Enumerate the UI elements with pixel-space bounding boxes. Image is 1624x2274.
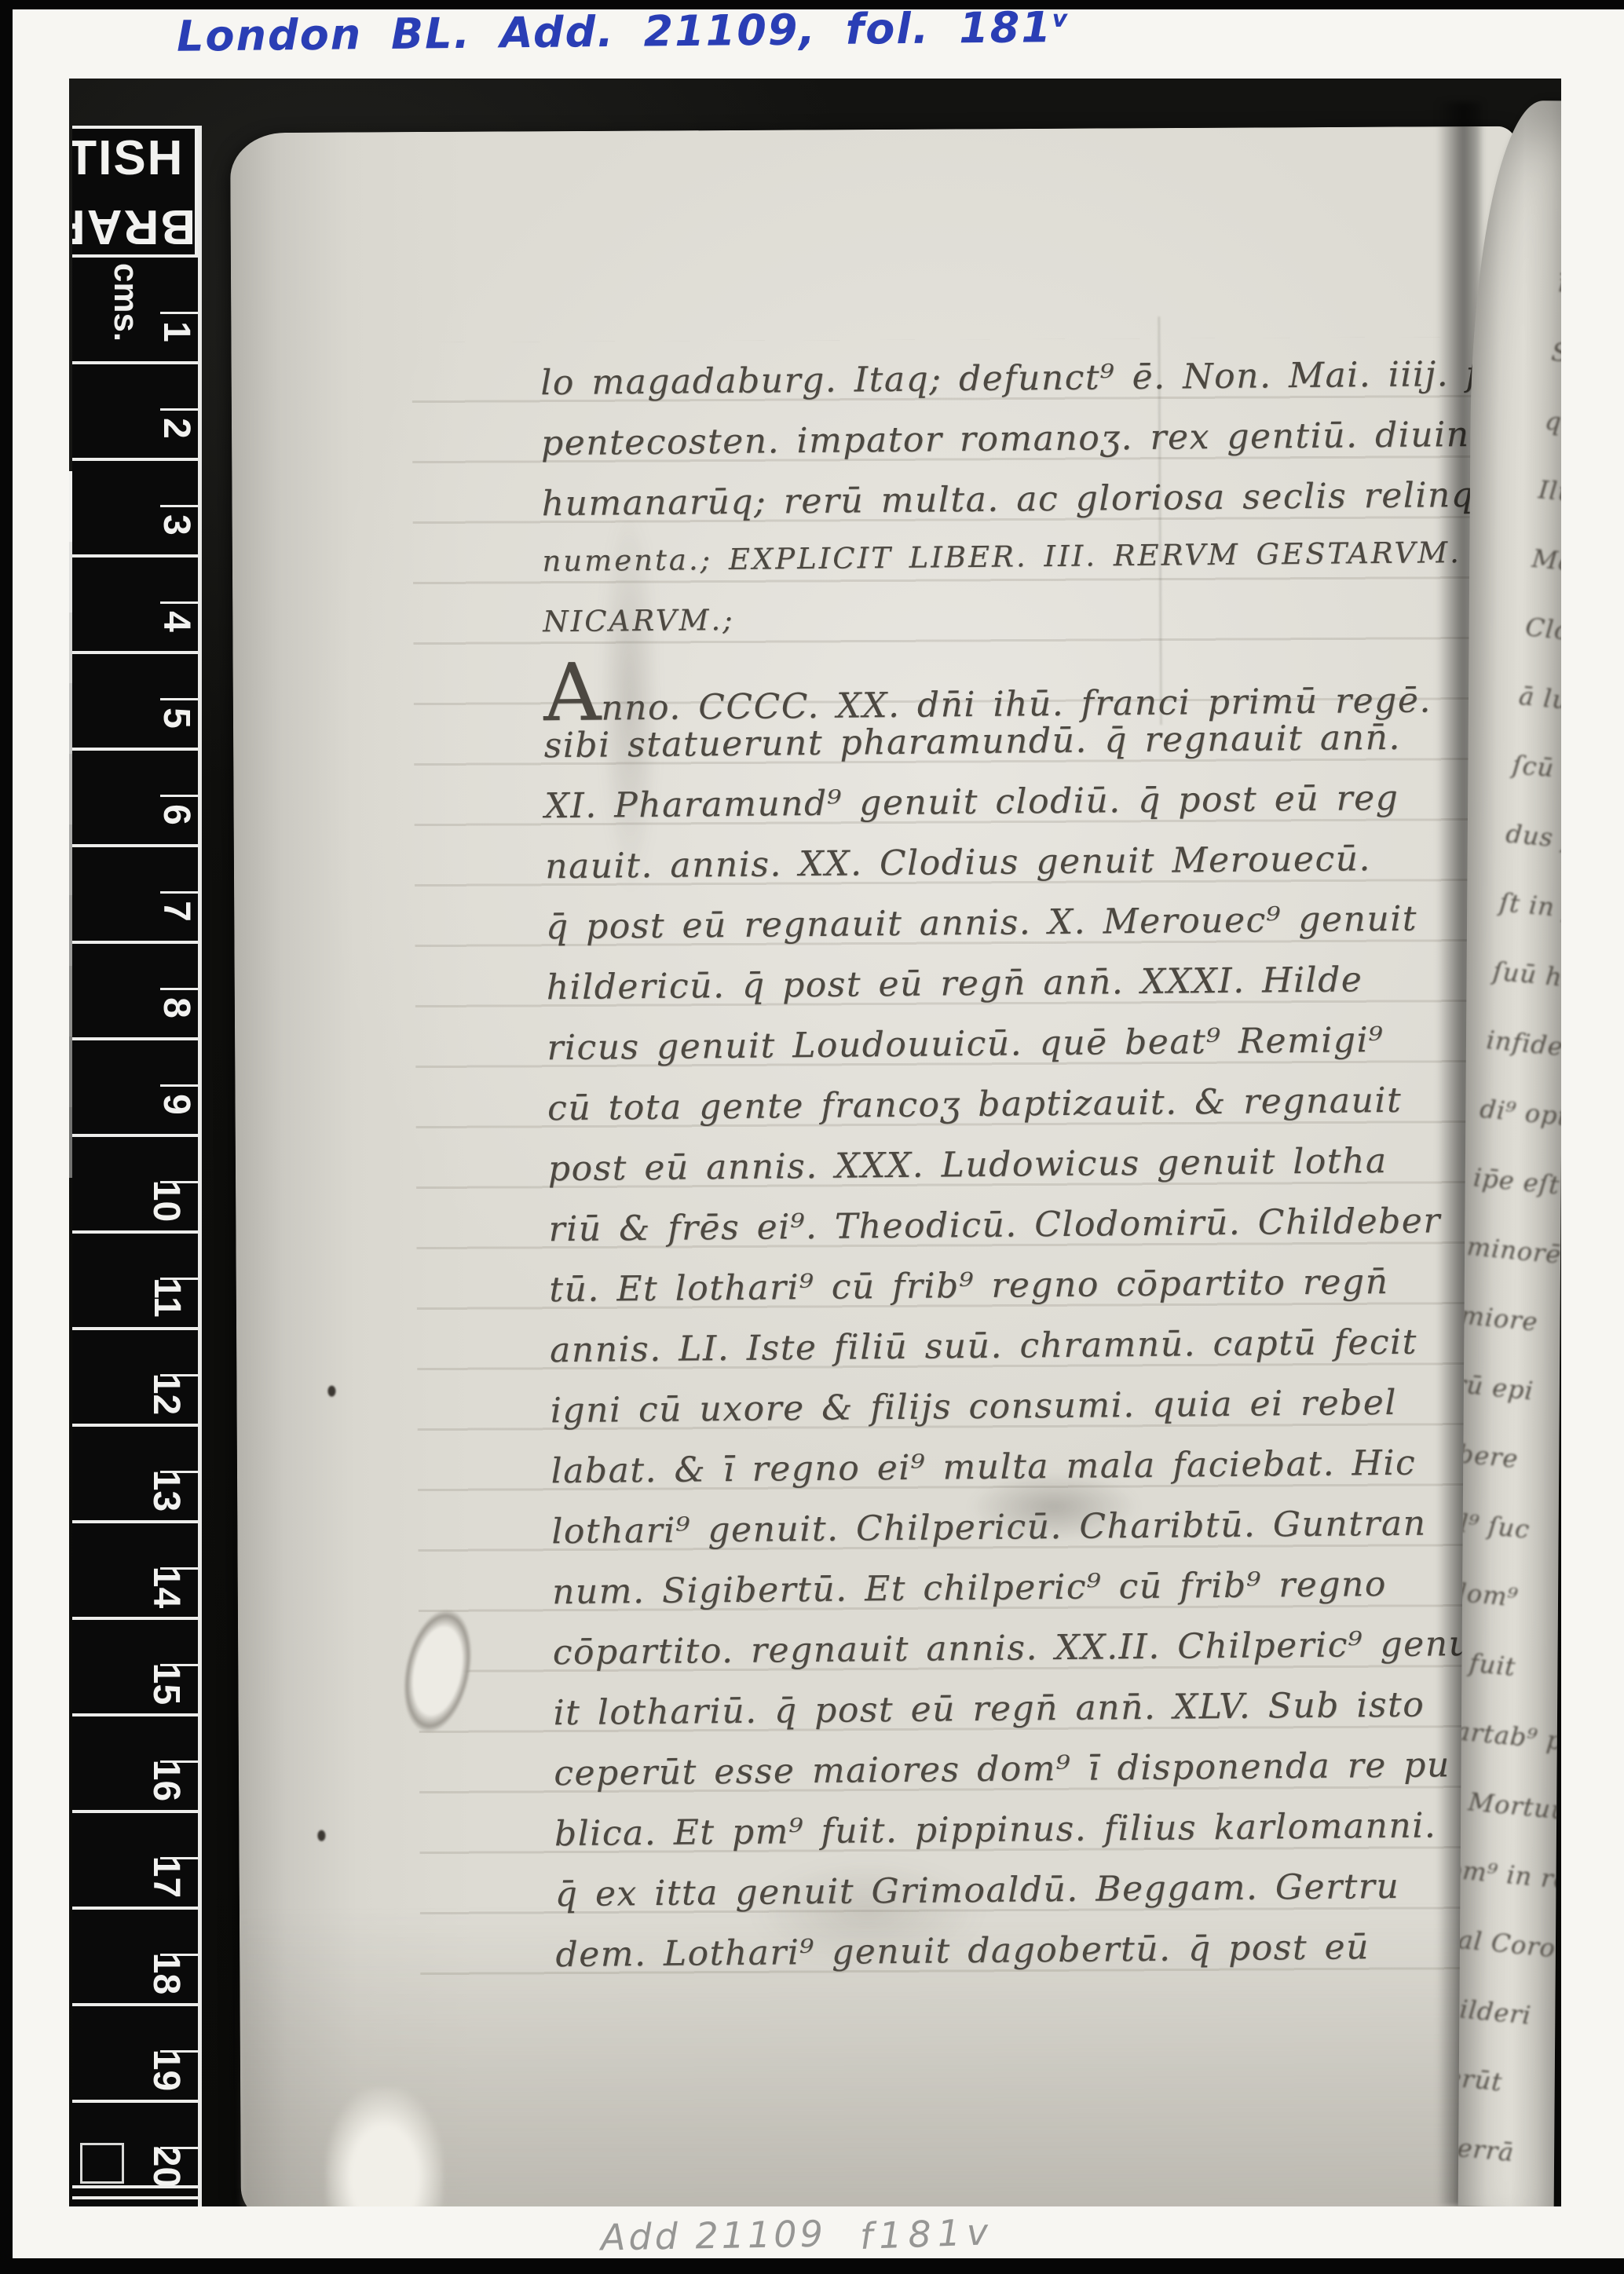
ruler-cm-mark-label: 15 bbox=[144, 1663, 188, 1705]
pencil-shelfmark: Add 21109 bbox=[601, 2213, 827, 2259]
ruler-cm-mark: 3 bbox=[72, 461, 198, 558]
manuscript-line: nauit. annis. XX. Clodius genuit Merouec… bbox=[545, 836, 1561, 907]
manuscript-line-label: Anno. CCCC. XX. dn̄i ihū. franci primū r… bbox=[543, 655, 1561, 729]
manuscript-line: cū tota gente francoʒ baptizauit. & regn… bbox=[547, 1078, 1561, 1149]
manuscript-line: hildericū. q̄ post eū regn̄ ann̄. XXXI. … bbox=[546, 957, 1561, 1028]
manuscript-line: sibi statuerunt pharamundū. q̄ regnauit … bbox=[543, 715, 1561, 786]
facing-page-fragment-label: ā luic bbox=[1518, 681, 1561, 726]
ruler-cm-mark: 15 bbox=[72, 1620, 198, 1716]
manuscript-line: q̄ post eū regnauit annis. X. Merouec⁹ g… bbox=[546, 897, 1561, 967]
ruler-cm-mark: 18 bbox=[72, 1910, 198, 2006]
ruler-cm-mark: 2 bbox=[72, 364, 198, 461]
ruler-cm-mark-label: 14 bbox=[144, 1567, 188, 1608]
manuscript-line: num. Sigibertū. Et chilperic⁹ cū frib⁹ r… bbox=[552, 1562, 1561, 1632]
ruler-cm-mark-label: 8 bbox=[155, 997, 198, 1018]
facing-page-fragment-label: infideliū bbox=[1485, 1025, 1561, 1070]
facing-page-fragment-label: Clodouenſ bbox=[1524, 612, 1561, 657]
ruler-cm-mark: 6 bbox=[72, 751, 198, 847]
manuscript-line: riū & frēs ei⁹. Theodicū. Clodomirū. Chi… bbox=[548, 1199, 1561, 1270]
manuscript-line: annis. LI. Iste filiū suū. chramnū. capt… bbox=[550, 1320, 1561, 1391]
facing-page-fragment-label: ſt in ſcoti bbox=[1498, 887, 1561, 933]
manuscript-line: blica. Et pm⁹ fuit. pippinus. filius kar… bbox=[554, 1804, 1561, 1874]
manuscript-line: lothari⁹ genuit. Chilpericū. Charibtū. G… bbox=[551, 1501, 1561, 1572]
ruler-cm-mark: 11 bbox=[72, 1234, 198, 1330]
ink-speck bbox=[317, 1830, 325, 1841]
ruler-cm-mark-label: 12 bbox=[144, 1373, 188, 1415]
facing-page-fragment-label: ī. Et Cudro bbox=[1556, 268, 1561, 313]
corner-curl-highlight bbox=[325, 2087, 444, 2206]
manuscript-line: XI. Pharamund⁹ genuit clodiū. q̄ post eū… bbox=[544, 776, 1561, 846]
ruler-cm-mark: 16 bbox=[72, 1716, 198, 1813]
ruler-cm-mark-label: 2 bbox=[155, 418, 198, 439]
manuscript-line: cōpartito. regnauit annis. XX.II. Chilpe… bbox=[553, 1622, 1561, 1693]
ruler-cm-mark-label: 3 bbox=[155, 514, 198, 536]
facing-page-fragment-label: minorē bl bbox=[1465, 1231, 1561, 1277]
ruler-cm-mark: 12 bbox=[72, 1330, 198, 1427]
ruler: ITISH LIBRAR cms. 1234567891011121314151… bbox=[72, 126, 202, 2206]
ruler-cm-mark: 4 bbox=[72, 558, 198, 654]
manuscript-line: dem. Lothari⁹ genuit dagobertū. q̄ post … bbox=[555, 1925, 1561, 1995]
manuscript-line: lo magadaburg. Itaq; defunct⁹ ē. Non. Ma… bbox=[540, 353, 1561, 423]
facing-page-fragment-label: ſuū hildi bbox=[1491, 956, 1561, 1002]
ruler-cm-mark-label: 19 bbox=[144, 2049, 188, 2091]
ruler-label-british: ITISH bbox=[72, 130, 184, 186]
scan-root: London BL. Add. 21109, fol. 181v ITISH L… bbox=[0, 0, 1624, 2274]
facing-page-fragment-label: ip̄e eſt ama bbox=[1472, 1162, 1561, 1208]
ruler-cm-mark: 17 bbox=[72, 1813, 198, 1910]
ruler-cm-mark: 5 bbox=[72, 654, 198, 751]
facing-page-fragment: un⁹ Mortuu bbox=[1458, 1782, 1561, 1866]
ink-note-superscript: v bbox=[1052, 5, 1070, 33]
ruler-cm-mark-label: 13 bbox=[144, 1470, 188, 1512]
manuscript-line: Anno. CCCC. XX. dn̄i ihū. franci primū r… bbox=[543, 655, 1561, 726]
manuscript-line: ricus genuit Loudouuicū. quē beat⁹ Remig… bbox=[547, 1018, 1561, 1088]
ruler-cm-mark-label: 6 bbox=[155, 804, 198, 825]
manuscript-text-block: lo magadaburg. Itaq; defunct⁹ ē. Non. Ma… bbox=[540, 353, 1561, 1995]
manuscript-page: lo magadaburg. Itaq; defunct⁹ ē. Non. Ma… bbox=[230, 126, 1529, 2206]
ruler-label-library-reversed: LIBRAR bbox=[72, 199, 198, 254]
pencil-annotation-band: Add 21109 f181v bbox=[0, 2213, 1624, 2258]
manuscript-line: tū. Et lothari⁹ cū frib⁹ regno cōpartito… bbox=[549, 1259, 1561, 1330]
manuscript-line: numenta.; EXPLICIT LIBER. III. RERVM GES… bbox=[542, 534, 1561, 605]
manuscript-line: post eū annis. XXX. Ludowicus genuit lot… bbox=[548, 1139, 1561, 1209]
ruler-cm-mark: 19 bbox=[72, 2006, 198, 2103]
facing-page-edge: ydgma ūī. Et CudroSugelero fyiquoro pyrI… bbox=[1458, 101, 1561, 2206]
ruler-cm-mark-label: 11 bbox=[145, 1278, 188, 1318]
ruler-cm-mark-label: 10 bbox=[144, 1180, 188, 1222]
manuscript-line: humanarūq; rerū multa. ac gloriosa secli… bbox=[542, 473, 1561, 544]
facing-page-fragment-label: quoro pyr bbox=[1544, 406, 1561, 452]
facing-page-fragment: ua fuit bbox=[1458, 1644, 1561, 1729]
facing-page-text-fragments: ydgma ūī. Et CudroSugelero fyiquoro pyrI… bbox=[1458, 199, 1561, 2206]
ruler-cm-mark: 8 bbox=[72, 944, 198, 1040]
ink-note-text: London BL. Add. 21109, fol. 181 bbox=[177, 2, 1053, 61]
facing-page-fragment-label: dus filiū d bbox=[1505, 818, 1561, 864]
scan-edge-bottom bbox=[0, 2258, 1624, 2274]
ink-speck bbox=[327, 1386, 335, 1397]
manuscript-line: q̄ ex itta genuit Grimoaldū. Beggam. Ger… bbox=[555, 1864, 1561, 1935]
pencil-folio: f181v bbox=[859, 2210, 995, 2258]
ruler-cm-mark-label: 4 bbox=[155, 611, 198, 632]
facing-page-fragment-label: Ilund ce bbox=[1537, 474, 1561, 520]
ruler-cm-mark: 9 bbox=[72, 1040, 198, 1137]
manuscript-line: igni cū uxore & filijs consumi. quia ei … bbox=[550, 1380, 1561, 1451]
ruler-cm-mark: 14 bbox=[72, 1523, 198, 1620]
ruler-cm-mark-label: 9 bbox=[155, 1094, 198, 1115]
facing-page-fragment: ternal Coro bbox=[1458, 1919, 1561, 2004]
manuscript-line: labat. & ī regno ei⁹ multa mala faciebat… bbox=[550, 1441, 1561, 1512]
librarian-ink-note: London BL. Add. 21109, fol. 181v bbox=[177, 4, 884, 60]
ruler-scale: 1234567891011121314151617181920 bbox=[72, 268, 198, 2199]
ruler-cm-mark: 10 bbox=[72, 1137, 198, 1234]
ruler-cm-mark-label: 17 bbox=[144, 1856, 188, 1898]
facing-page-fragment-label: di⁹ optulert bbox=[1479, 1094, 1561, 1139]
ruler-cm-mark-label: 18 bbox=[144, 1953, 188, 1994]
scan-edge-left bbox=[0, 0, 13, 2274]
facing-page-fragment-label: Sugelero fyi bbox=[1550, 337, 1561, 382]
ruler-cm-mark-label: 7 bbox=[155, 901, 198, 922]
facing-page-fragment: adom⁹ bbox=[1458, 1575, 1561, 1660]
ruler-cm-mark: 1 bbox=[72, 268, 198, 364]
manuscript-line: pentecosten. impator romanoʒ. rex gentiū… bbox=[541, 413, 1561, 484]
photo-area: ITISH LIBRAR cms. 1234567891011121314151… bbox=[69, 79, 1561, 2206]
ruler-cm-mark: 13 bbox=[72, 1427, 198, 1523]
facing-page-fragment-label: ſcū hild bbox=[1511, 750, 1561, 795]
facing-page-fragment: r dom⁹ in re bbox=[1458, 1850, 1561, 1935]
ruler-label-box: ITISH LIBRAR bbox=[72, 126, 198, 258]
ruler-cm-mark-label: 1 bbox=[155, 321, 198, 342]
manuscript-line: NICARVM.; bbox=[543, 594, 1561, 665]
ruler-cm-mark-label: 16 bbox=[144, 1760, 188, 1801]
facing-page-fragment: quartab⁹ pro bbox=[1458, 1713, 1561, 1797]
ruler-cm-mark: 7 bbox=[72, 847, 198, 944]
manuscript-line: it lothariū. q̄ post eū regn̄ ann̄. XLV.… bbox=[553, 1683, 1561, 1753]
ruler-cm-mark-label: 5 bbox=[155, 707, 198, 729]
facing-page-fragment-label: Maior begg bbox=[1531, 543, 1561, 589]
manuscript-line: ceperūt esse maiores dom⁹ ī disponenda r… bbox=[554, 1743, 1561, 1814]
ruler-end-cap bbox=[72, 2137, 198, 2188]
